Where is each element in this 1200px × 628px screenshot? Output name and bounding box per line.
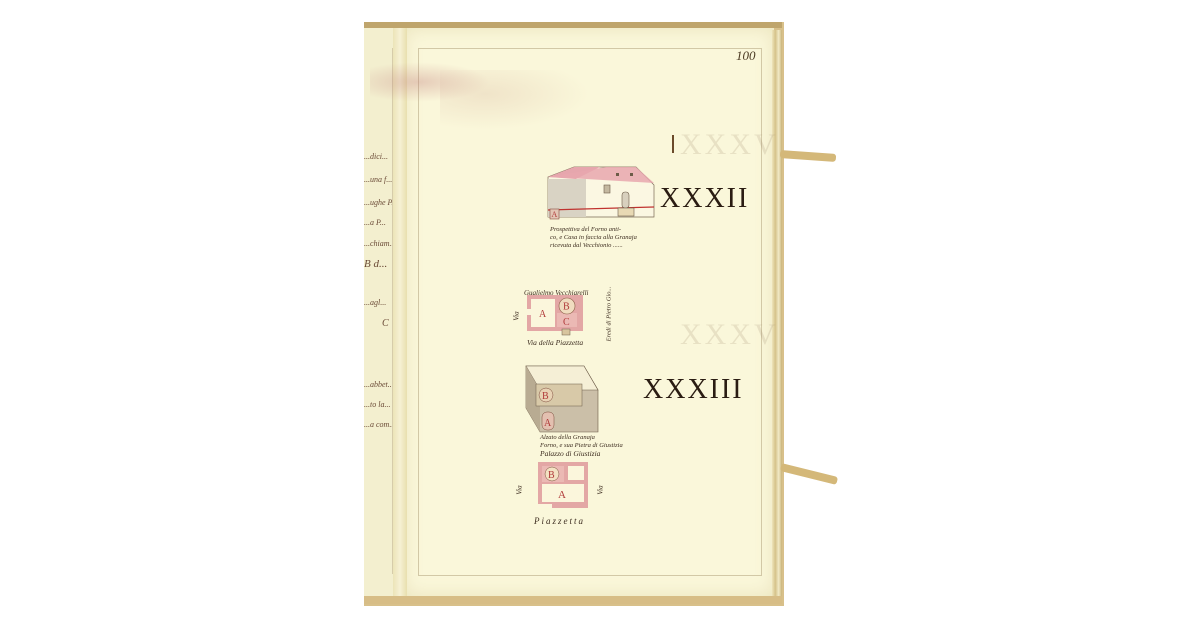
caption-line: ricevuta dal Vecchionio ...... [550, 242, 637, 250]
text-fragment: B d... [364, 258, 392, 270]
text-fragment: C [382, 318, 410, 329]
text-fragment: ...ughe P... [364, 198, 392, 207]
plan-right-label: Eredi di Pietro Gio... [605, 287, 613, 342]
caption-line: Prospettiva del Forno anti- [550, 226, 637, 234]
text-fragment: ...a com... [364, 420, 392, 429]
page-number: 100 [736, 48, 756, 64]
svg-text:C: C [563, 317, 570, 328]
gutter [393, 28, 407, 598]
caption-line: co, e Casa in faccia alla Granaja [550, 234, 637, 242]
plan-bottom-label: Piazzetta [534, 517, 585, 525]
text-fragment: ...to la... [364, 400, 392, 409]
elevation-drawing-granaja: B A [524, 364, 600, 436]
plate-numeral: XXXII [660, 183, 749, 215]
text-fragment: ...chiam... [364, 239, 392, 248]
ribbon-tie-top [780, 150, 836, 162]
elevation-caption: Alzato della Granaja Forno, e sua Pietra… [540, 434, 623, 458]
svg-text:B: B [542, 391, 549, 402]
svg-text:A: A [539, 309, 547, 320]
ink-mark [672, 135, 674, 153]
text-fragment: ...a P... [364, 218, 392, 227]
svg-text:A: A [558, 489, 566, 501]
text-fragment: ...dici... [364, 152, 392, 161]
svg-text:B: B [548, 470, 555, 481]
elevation-drawing-forno: A [546, 165, 658, 225]
foxing-stain [440, 70, 590, 130]
plate-numeral: XXXIII [643, 374, 744, 406]
show-through-numeral: XXXV [680, 128, 779, 162]
page-edges [772, 30, 782, 596]
floor-plan-xxxiii: B A [538, 462, 590, 512]
ribbon-tie-bottom [780, 463, 838, 485]
label-a: A [552, 210, 558, 219]
book-bottom-edge [364, 596, 782, 604]
plan-left-label: Via [513, 311, 521, 320]
text-fragment: ...abbet... [364, 380, 392, 389]
plan-bottom-label: Via della Piazzetta [527, 339, 583, 347]
caption-line: Palazzo di Giustizia [540, 450, 623, 458]
left-page-frame-rule [364, 48, 393, 574]
floor-plan-xxxii: B A C [527, 295, 587, 337]
plan-left-label: Via [516, 485, 524, 494]
show-through-numeral: XXXV [680, 318, 779, 352]
text-fragment: ...una f... [364, 175, 392, 184]
text-fragment: ...agl... [364, 298, 392, 307]
svg-text:B: B [563, 302, 570, 313]
caption-line: Alzato della Granaja [540, 434, 623, 442]
plan-right-label: Via [597, 485, 605, 494]
svg-text:A: A [544, 418, 552, 429]
elevation-caption: Prospettiva del Forno anti- co, e Casa i… [550, 226, 637, 250]
